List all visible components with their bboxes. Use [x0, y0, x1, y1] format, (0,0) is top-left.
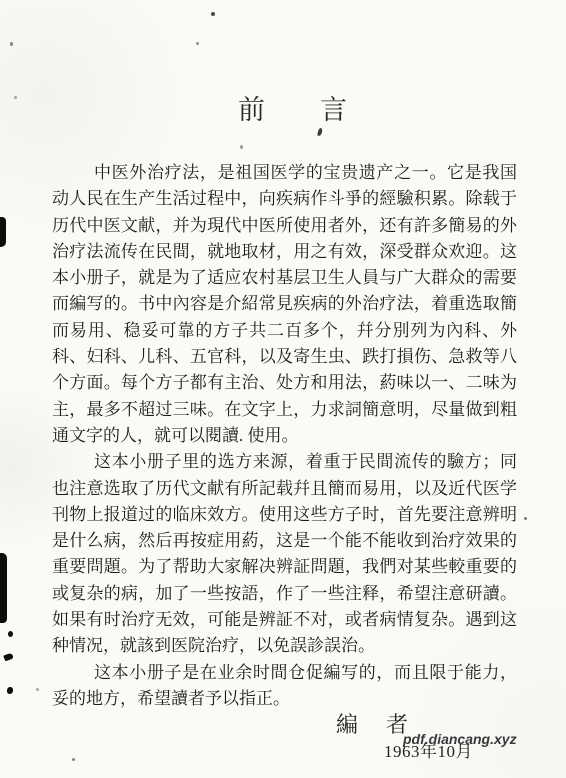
text-line: 也注意选取了历代文献有所記载幷且簡而易用，以及近代医学: [52, 476, 517, 502]
scan-artifact-speck: [8, 631, 13, 637]
text-line: 或复杂的病，加了一些按語，作了一些注释，希望注意研讀。: [52, 581, 517, 607]
text-line: 历代中医文献，并为現代中医所使用者外，还有許多簡易的外: [52, 213, 517, 239]
text-line: 是什么病，然后再按症用葯，这是一个能不能收到治疗效果的: [52, 528, 517, 554]
scan-artifact-dot: [14, 96, 17, 99]
text-line: 这本小册子里的选方来源，着重于民間流传的驗方；同时: [52, 449, 517, 475]
page-title: 前 言: [10, 88, 566, 127]
scan-artifact-dot: [211, 12, 215, 16]
scan-artifact-dot: [240, 145, 243, 149]
signature-char-1: 編: [336, 708, 358, 739]
scan-artifact-dot: [524, 517, 527, 520]
text-line: 种情况，就該到医院治疗，以免誤診誤治。: [52, 633, 517, 659]
text-line: 妥的地方，希望讀者予以指正。: [52, 686, 517, 712]
text-line: 通文字的人，就可以閱讀. 使用。: [52, 423, 517, 449]
text-line: 这本小册子是在业余时間仓促編写的，而且限于能力，不: [52, 660, 517, 686]
text-line: 个方面。每个方子都有主治、处方和用法，葯味以一、二味为: [52, 370, 517, 396]
text-line: 而編写的。书中內容是介紹常見疾病的外治疗法，着重选取簡: [52, 291, 517, 317]
author-signature: 編 者: [336, 708, 408, 739]
paragraph: 这本小册子是在业余时間仓促編写的，而且限于能力，不妥的地方，希望讀者予以指正。: [52, 660, 517, 713]
scan-artifact-dot: [10, 42, 13, 46]
title-char-1: 前: [238, 88, 266, 127]
text-line: 主，最多不超过三味。在文字上，力求詞簡意明，尽量做到粗: [52, 397, 517, 423]
paragraph: 中医外治疗法，是祖国医学的宝贵遗产之一。它是我国劳动人民在生产生活过程中，向疾病…: [52, 160, 517, 449]
scan-artifact-left-bar: [0, 553, 7, 623]
scan-artifact-dot: [36, 688, 39, 691]
text-line: 如果有时治疗无效，可能是辨証不对，或者病情复杂。遇到这: [52, 607, 517, 633]
scan-artifact-speck: [3, 653, 14, 662]
scan-artifact-mark: [317, 128, 323, 137]
scan-artifact-dot: [196, 42, 199, 45]
title-char-2: 言: [320, 88, 348, 127]
scan-artifact-speck: [7, 687, 13, 694]
scanned-preface-page: 前 言 中医外治疗法，是祖国医学的宝贵遗产之一。它是我国劳动人民在生产生活过程中…: [0, 0, 566, 778]
text-line: 动人民在生产生活过程中，向疾病作斗爭的經驗积累。除载于: [52, 186, 517, 212]
text-line: 本小册子，就是为了适应农村基层卫生人員与广大群众的需要: [52, 265, 517, 291]
paragraph: 这本小册子里的选方来源，着重于民間流传的驗方；同时也注意选取了历代文献有所記载幷…: [52, 449, 517, 659]
text-line: 而易用、稳妥可靠的方子共二百多个，幷分別列为內科、外: [52, 318, 517, 344]
text-line: 刊物上报道过的临床效方。使用这些方子时，首先要注意辨明: [52, 502, 517, 528]
watermark-text: pdf.diancang.xyz: [403, 731, 517, 747]
text-line: 科、妇科、儿科、五官科，以及寄生虫、跌打損伤、急救等八: [52, 344, 517, 370]
text-line: 中医外治疗法，是祖国医学的宝贵遗产之一。它是我国劳: [52, 160, 517, 186]
text-line: 治疗法流传在民間，就地取材，用之有效，深受群众欢迎。这: [52, 239, 517, 265]
preface-body: 中医外治疗法，是祖国医学的宝贵遗产之一。它是我国劳动人民在生产生活过程中，向疾病…: [52, 160, 517, 712]
text-line: 重要問題。为了帮助大家解决辨証問題，我們对某些較重要的: [52, 554, 517, 580]
scan-artifact-left-bar: [0, 217, 6, 247]
scan-artifact-dot: [72, 758, 75, 761]
